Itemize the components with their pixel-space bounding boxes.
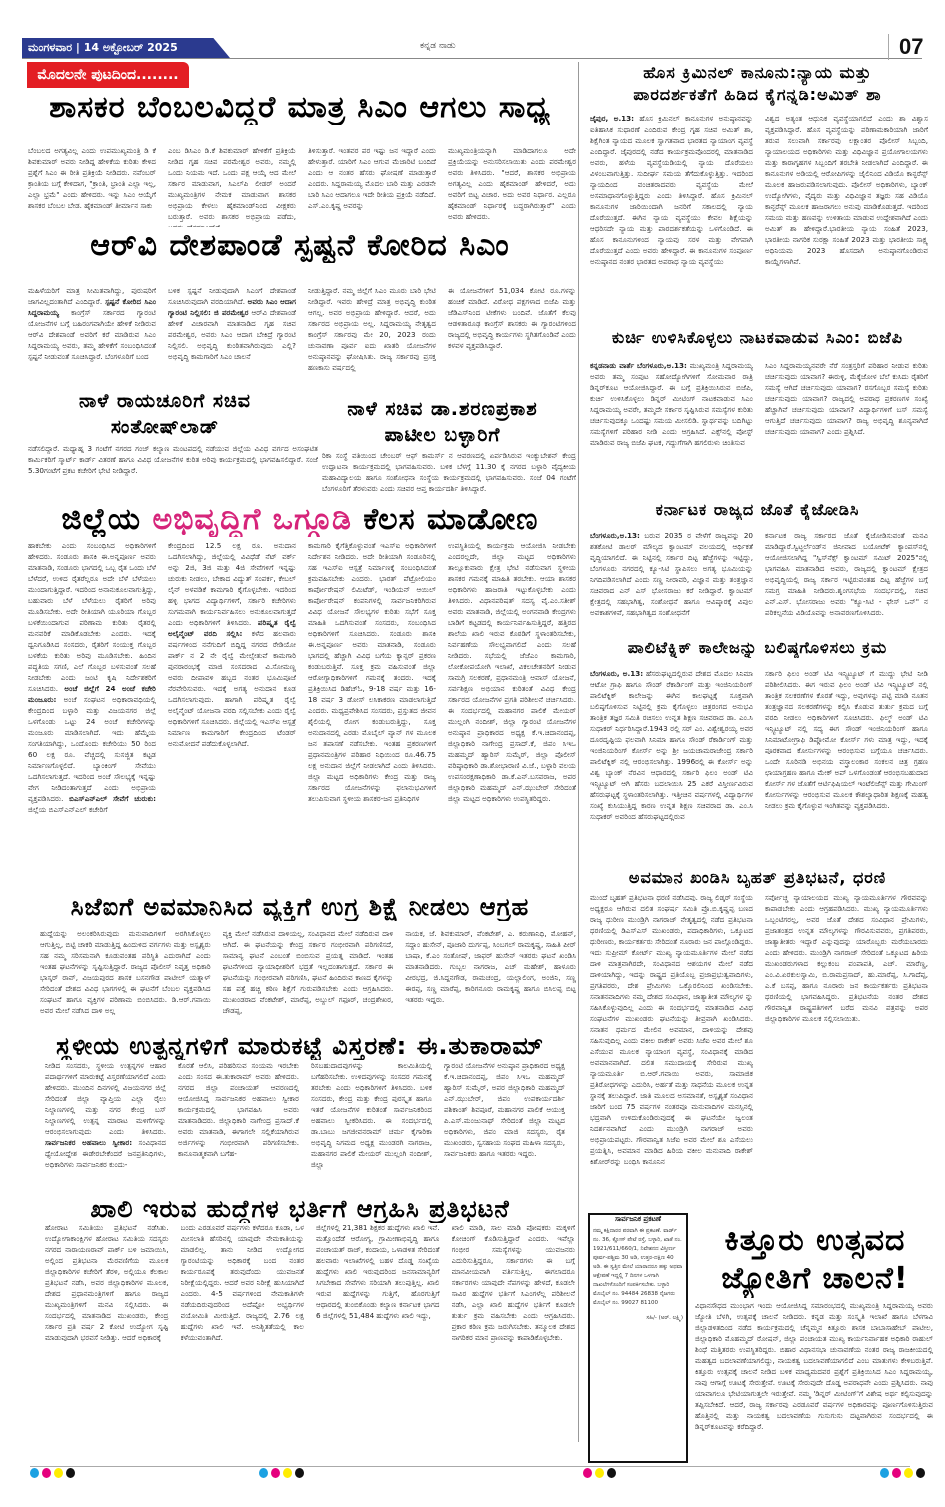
headline-polytechnic: ಪಾಲಿಟೆಕ್ನಿಕ್ ಕಾಲೇಜನ್ನು ಬಲಿಷ್ಠಗೊಳಿಸಲು ಕ್ರ…: [585, 638, 930, 658]
black-dot: [916, 1468, 925, 1478]
yellow-dot: [595, 1468, 604, 1478]
black-dot: [295, 1468, 304, 1478]
article-column: ಈ ಯೋಜನೆಗಳಿಗೆ 51,034 ಕೋಟಿ ರೂ.ಗಳನ್ನು ಹಂಚಿಕ…: [448, 285, 576, 385]
headline-sharanaprakash: ನಾಳೆ ಸಚಿವ ಡಾ.ಶರಣಪ್ರಕಾಶ ಪಾಟೀಲ ಬಳ್ಳಾರಿಗೆ: [310, 396, 575, 448]
article-column: ಬೆಂಗಳೂರು, ಅ.13: ಹೆಸರುಘಟ್ಟದಲ್ಲಿರುವ ದೇಶದ ಮ…: [590, 668, 753, 858]
headline-cji-insult: ಸಿಜೆಐಗೆ ಅವಮಾನಿಸಿದ ವ್ಯಕ್ತಿಗೆ ಉಗ್ರ ಶಿಕ್ಷೆ …: [25, 893, 575, 921]
continued-banner: ಮೊದಲನೇ ಪುಟದಿಂದ........: [27, 62, 189, 88]
article-column: ನೀಡುತ್ತಿದ್ದಾರೆ. ನಮ್ಮ ಜಿಲ್ಲೆಗೆ ಸಿಎಂ ಮೂರು …: [308, 285, 436, 385]
article-vacant-posts-body: ಹೋರಾಟ ಸಮಿತಿಯು ಪ್ರತಿಭಟನೆ ನಡೆಸಿತು. ಉದ್ಯೋಗಾ…: [45, 1222, 575, 1454]
column-divider: [578, 62, 579, 1442]
article-deshpande-body: ಮಹಿಳೆಯರಿಗೆ ಮಾತ್ರ ಸೀಮಿತವಾಗಿದ್ದು, ಪುರುಷರಿಗ…: [28, 285, 576, 385]
article-criminal-law-body: ಜೈಪುರ, ಅ.13: ಹೊಸ ಕ್ರಿಮಿನಲ್ ಕಾನೂನುಗಳ ಅನುಷ…: [590, 113, 928, 325]
headline-highlight: ಅಭಿವೃದ್ಧಿಗೆ ಒಗ್ಗೂಡಿ: [153, 502, 352, 537]
notice-body: ನಮ್ಮ ಕಕ್ಷಿದಾರರ ಪರವಾಗಿ ಈ ಪ್ರಕಟಣೆ. ವಾರ್ಡ್ …: [590, 1224, 686, 1311]
article-column: ಹುದ್ದೆಯನ್ನು ಅಲಂಕರಿಸಿರುವುದು ಮನುವಾದಿಗಳಿಗೆ …: [40, 928, 211, 1023]
paper-name: ಕನ್ನಡ ನಾಡು: [420, 41, 456, 51]
headline-local-products: ಸ್ಥಳೀಯ ಉತ್ಪನ್ನಗಳಿಗೆ ಮಾರುಕಟ್ಟೆ ವಿಸ್ತರಣೆ: …: [25, 1032, 575, 1060]
article-column: ಜಿಲ್ಲೆಗಳಲ್ಲಿ 21,381 ಶಿಕ್ಷಕರ ಹುದ್ದೆಗಳು ಖಾ…: [316, 1222, 440, 1454]
article-polytechnic-body: ಬೆಂಗಳೂರು, ಅ.13: ಹೆಸರುಘಟ್ಟದಲ್ಲಿರುವ ದೇಶದ ಮ…: [590, 668, 928, 858]
article-column: ಎಂಬ ಡಿಸಿಎಂ ಡಿ.ಕೆ ಶಿವಕುಮಾರ್ ಹೇಳಿಕೆಗೆ ಪ್ರತ…: [168, 145, 296, 227]
notice-signature: ಸಹಿ/- (ಅರ್. ಲಕ್ಷ್ಮಿ): [590, 1311, 686, 1326]
article-column: ಕೊರತೆ ಆಲಿಸಿ, ಪರಿಹರಿಸುವ ಸಂಯಮ ಇರಬೇಕು ಎಂದು …: [178, 1060, 299, 1190]
article-column: ತಿಳಿಸುತ್ತಾರೆ. ಇಂತವರ ಪರ ಇಷ್ಟು ಜನ ಇದ್ದಾರೆ …: [308, 145, 436, 227]
article-column: ಗ್ಯಾರಂಟಿ ಯೋಜನೆಗಳ ಅನುಷ್ಠಾನ ಪ್ರಾಧಿಕಾರದ ಅಧ್…: [444, 1060, 565, 1190]
headline-cm-support: ಶಾಸಕರ ಬೆಂಬಲವಿದ್ದರೆ ಮಾತ್ರ ಸಿಎಂ ಆಗಲು ಸಾಧ್ಯ: [25, 90, 575, 125]
article-column: ವಿಶ್ವದ ಅತ್ಯಂತ ಆಧುನಿಕ ವ್ಯವಸ್ಥೆಯಾಗಲಿದೆ ಎಂದ…: [765, 113, 928, 325]
date-band: ಮಂಗಳವಾರ | 14 ಅಕ್ಟೋಬರ್ 2025: [22, 38, 230, 58]
cyan-dot: [259, 1468, 268, 1478]
article-santosh-lad-body: ನಡೆಸಲಿದ್ದಾರೆ. ಮಧ್ಯಾಹ್ನ 3 ಗಂಟೆಗೆ ನಗರದ ಗಂಜ…: [28, 443, 318, 498]
article-column: ಬಳಿಕ ಸ್ಪಷ್ಟನೆ ನೀಡುವುದಾಗಿ ಸಿಎಂಗೆ ದೇಶಪಾಂಡೆ…: [168, 285, 296, 385]
yellow-dot: [54, 1468, 63, 1478]
article-chair-body: ಕನ್ನಡನಾಡು ವಾರ್ತೆ ಬೆಂಗಳೂರು,ಅ.13: ಮುಖ್ಯಮಂತ…: [590, 360, 928, 470]
article-column: ಕೇಂದ್ರದಿಂದ 12.5 ಲಕ್ಷ ರೂ. ಅನುದಾನ ಒದಗಿಸಲಾಗ…: [168, 540, 296, 885]
article-column: ಬಂದು ಎರಡೂವರೆ ವರ್ಷಗಳು ಕಳೆದರೂ ಕೂಡಾ, ಒಳ ಮೀಸ…: [181, 1222, 305, 1454]
headline-line: ಪಾರದರ್ಶಕತೆಗೆ ಹಿಡಿದ ಕೈಗನ್ನಡಿ:ಅಮಿತ್ ಶಾ: [585, 84, 930, 106]
headline-join-karnataka: ಕರ್ನಾಟಕ ರಾಜ್ಯದ ಜೊತೆ ಕೈಜೋಡಿಸಿ: [585, 500, 930, 520]
headline-line: ಪಾಟೀಲ ಬಳ್ಳಾರಿಗೆ: [310, 422, 575, 448]
article-column: ಹೋರಾಟ ಸಮಿತಿಯು ಪ್ರತಿಭಟನೆ ನಡೆಸಿತು. ಉದ್ಯೋಗಾ…: [45, 1222, 169, 1454]
article-local-products-body: ನೀಡಿದ ಸಂಸದರು, ಸ್ಥಳೀಯ ಉತ್ಪನ್ನಗಳ ಆಹಾರ ಪದಾರ…: [45, 1060, 565, 1190]
public-notice-box: ಸಾರ್ವಜನಿಕ ಪ್ರಕಟಣೆ ನಮ್ಮ ಕಕ್ಷಿದಾರರ ಪರವಾಗಿ …: [588, 1213, 688, 1463]
article-column: ಉಪಸ್ಥಿತಿಯಲ್ಲಿ ಕಾರ್ಯಕ್ರಮ ಆಯೋಜಿಸಿ ನೀಡಬೇಕು …: [448, 540, 576, 885]
notice-title: ಸಾರ್ವಜನಿಕ ಪ್ರಕಟಣೆ: [590, 1215, 686, 1224]
article-column: ಸಿಎಂ ಸಿದ್ದರಾಮಯ್ಯನವರೇ ನೆರೆ ಸಂತ್ರಸ್ತರಿಗೆ ಪ…: [765, 360, 928, 470]
magenta-dot: [42, 1468, 51, 1478]
black-dot: [607, 1468, 616, 1478]
headline-district-development: ಜಿಲ್ಲೆಯ ಅಭಿವೃದ್ಧಿಗೆ ಒಗ್ಗೂಡಿ ಕೆಲಸ ಮಾಡೋಣ: [25, 502, 575, 537]
article-column: ಕನ್ನಡನಾಡು ವಾರ್ತೆ ಬೆಂಗಳೂರು,ಅ.13: ಮುಖ್ಯಮಂತ…: [590, 360, 753, 470]
article-column: ಬೆಂಬಲದ ಅಗತ್ಯವಿಲ್ಲ ಎಂದು ಉಪಮುಖ್ಯಮಂತ್ರಿ ಡಿ …: [28, 145, 156, 227]
article-column: ರಿಸಬಹುದಾದವುಗಳನ್ನು ಕಾಲಮಿತಿಯಲ್ಲಿ ಬಗೆಹರಿಸಬೇ…: [311, 1060, 432, 1190]
magenta-dot: [271, 1468, 280, 1478]
headline-criminal-law: ಹೊಸ ಕ್ರಿಮಿನಲ್ ಕಾನೂನು:ನ್ಯಾಯ ಮತ್ತು ಪಾರದರ್ಶ…: [585, 62, 930, 106]
yellow-dot: [904, 1468, 913, 1478]
headline-line: ಹೊಸ ಕ್ರಿಮಿನಲ್ ಕಾನೂನು:ನ್ಯಾಯ ಮತ್ತು: [585, 62, 930, 84]
registration-marks-center: [259, 1468, 304, 1478]
cyan-dot: [30, 1468, 39, 1478]
article-column: ಬೆಂಗಳೂರು,ಅ.13: ಬರುವ 2035 ರ ವೇಳೆಗೆ ರಾಜ್ಯವ…: [590, 530, 753, 625]
headline-deshpande: ಆರ್‌ವಿ ದೇಶಪಾಂಡೆ ಸ್ಪಷ್ಟನೆ ಕೋರಿದ ಸಿಎಂ: [25, 228, 575, 263]
headline-part: ಕೆಲಸ ಮಾಡೋಣ: [352, 502, 538, 537]
footer-rule: [30, 1466, 910, 1467]
magenta-dot: [583, 1468, 592, 1478]
headline-kittur-utsav: ಕಿತ್ತೂರು ಉತ್ಸವದ ಜ್ಯೋತಿಗೆ ಚಾಲನೆ!: [695, 1222, 935, 1298]
headline-line: ನಾಳೆ ರಾಯಚೂರಿಗೆ ಸಚಿವ: [40, 388, 290, 414]
headline-vacant-posts: ಖಾಲಿ ಇರುವ ಹುದ್ದೆಗಳ ಭರ್ತಿಗೆ ಆಗ್ರಹಿಸಿ ಪ್ರತ…: [25, 1195, 575, 1223]
headline-line: ಕಿತ್ತೂರು ಉತ್ಸವದ: [695, 1222, 935, 1260]
article-column: ಖಾಲಿ ಮಾಡಿ, ಸಾಲ ಮಾಡಿ ಪೋಷಕರು ಮಕ್ಕಳಿಗೆ ಕೋಚಿ…: [452, 1222, 576, 1454]
article-column: ಜೈಪುರ, ಅ.13: ಹೊಸ ಕ್ರಿಮಿನಲ್ ಕಾನೂನುಗಳ ಅನುಷ…: [590, 113, 753, 325]
headline-line: ಸಂತೋಷ್‌ಲಾಡ್: [40, 414, 290, 440]
headline-part: ಜಿಲ್ಲೆಯ: [62, 502, 153, 537]
article-column: ಮುಂದೆ ಬೃಹತ್ ಪ್ರತಿಭಟನಾ ಧರಣಿ ನಡೆಸಿದವು. ರಾಜ…: [590, 892, 753, 1202]
article-cm-support-body: ಬೆಂಬಲದ ಅಗತ್ಯವಿಲ್ಲ ಎಂದು ಉಪಮುಖ್ಯಮಂತ್ರಿ ಡಿ …: [28, 145, 576, 227]
article-district-body: ಹಾಕಬೇಕು ಎಂದು ಸಂಬಂಧಿಸಿದ ಅಧಿಕಾರಿಗಳಿಗೆ ಹೇಳಿ…: [28, 540, 576, 885]
headline-santosh-lad: ನಾಳೆ ರಾಯಚೂರಿಗೆ ಸಚಿವ ಸಂತೋಷ್‌ಲಾಡ್: [40, 388, 290, 440]
registration-marks-right-a: [583, 1468, 616, 1478]
yellow-dot: [283, 1468, 292, 1478]
article-column: ಮುಖ್ಯಮಂತ್ರಿಯನ್ನಾಗಿ ಮಾಡಿದಾಗಲೂ ಅದೇ ಪ್ರಕ್ರಿ…: [448, 145, 576, 227]
headline-line: ಜ್ಯೋತಿಗೆ ಚಾಲನೆ!: [695, 1260, 935, 1298]
magenta-dot: [892, 1468, 901, 1478]
article-column: ವ್ಯಕ್ತಿ ಮೇಲೆ ನಡೆಸಿರುವ ದಾಳಿಯಲ್ಲ, ಸಂವಿಧಾನದ…: [223, 928, 394, 1023]
article-column: ಮಹಿಳೆಯರಿಗೆ ಮಾತ್ರ ಸೀಮಿತವಾಗಿದ್ದು, ಪುರುಷರಿಗ…: [28, 285, 156, 385]
article-column: ಕರ್ನಾಟಕ ರಾಜ್ಯ ಸರ್ಕಾರದ ಜೊತೆ ಕೈಜೋಡಿಸುವಂತೆ …: [765, 530, 928, 625]
article-column: ಕಾಮಗಾರಿ ಕೈಗೆತ್ತಿಕೊಳ್ಳುವಂತೆ ಇಎಸ್‌ಐ ಅಧಿಕಾರ…: [308, 540, 436, 885]
article-column: ನಾಯಕ, ಜೆ. ಶಿವಕುಮಾರ್, ವೆಂಕಟೇಶ್, ಎ. ಕರುಣಾನ…: [405, 928, 576, 1023]
article-kittur-body: ವಿಧಾನಸೌಧದ ಮುಂಭಾಗ ಇಂದು ಆಯೋಜಿಸಿದ್ದ ಸಮಾರಂಭದ…: [695, 1300, 933, 1460]
article-column: ಸರ್ವೋಚ್ಚ ನ್ಯಾಯಾಲಯದ ಮುಖ್ಯ ನ್ಯಾಯಮೂರ್ತಿಗಳ ಗ…: [765, 892, 928, 1202]
headline-protest: ಅವಮಾನ ಖಂಡಿಸಿ ಬೃಹತ್ ಪ್ರತಿಭಟನೆ, ಧರಣಿ: [585, 868, 930, 888]
page-number: 07: [888, 34, 923, 60]
article-sharanaprakash-body: ರಿಕಾ ಸಂಸ್ಥೆ ವತಿಯಿಂದ ಚೇಂಬರ್ ಆಫ್ ಕಾಮರ್ಸ್ ನ…: [322, 450, 576, 498]
registration-marks-right-b: [880, 1468, 925, 1478]
cyan-dot: [880, 1468, 889, 1478]
headline-chair-drama: ಕುರ್ಚಿ ಉಳಿಸಿಕೊಳ್ಳಲು ನಾಟಕವಾಡುವ ಸಿಎಂ: ಬಿಜೆ…: [585, 328, 930, 348]
article-cji-body: ಹುದ್ದೆಯನ್ನು ಅಲಂಕರಿಸಿರುವುದು ಮನುವಾದಿಗಳಿಗೆ …: [40, 928, 576, 1023]
black-dot: [66, 1468, 75, 1478]
article-column: ನೀಡಿದ ಸಂಸದರು, ಸ್ಥಳೀಯ ಉತ್ಪನ್ನಗಳ ಆಹಾರ ಪದಾರ…: [45, 1060, 166, 1190]
article-protest-body: ಮುಂದೆ ಬೃಹತ್ ಪ್ರತಿಭಟನಾ ಧರಣಿ ನಡೆಸಿದವು. ರಾಜ…: [590, 892, 928, 1202]
headline-line: ನಾಳೆ ಸಚಿವ ಡಾ.ಶರಣಪ್ರಕಾಶ: [310, 396, 575, 422]
article-quantum-body: ಬೆಂಗಳೂರು,ಅ.13: ಬರುವ 2035 ರ ವೇಳೆಗೆ ರಾಜ್ಯವ…: [590, 530, 928, 625]
registration-marks-left: [30, 1468, 75, 1478]
article-column: ಸರ್ಕಾರಿ ಫಿಲಂ ಅಂಡ್ ಟಿವಿ ಇನ್ಸ್ಟಿಟ್ಯೂಟ್ ಗೆ …: [765, 668, 928, 858]
article-column: ಹಾಕಬೇಕು ಎಂದು ಸಂಬಂಧಿಸಿದ ಅಧಿಕಾರಿಗಳಿಗೆ ಹೇಳಿ…: [28, 540, 156, 885]
